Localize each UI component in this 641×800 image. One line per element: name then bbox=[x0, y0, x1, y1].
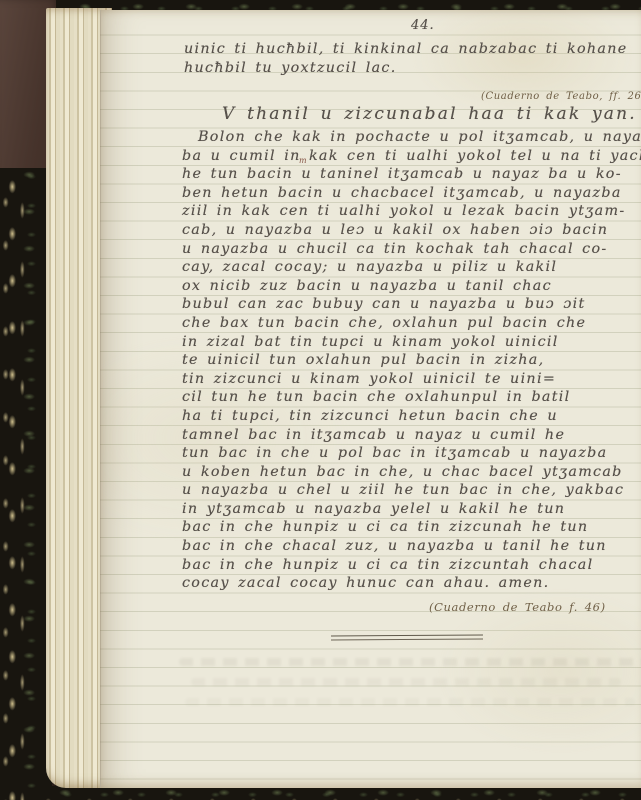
marbled-endpaper-bottom bbox=[36, 786, 641, 800]
body-line: ox nicib zuz bacin u nayazba u tanil cha… bbox=[182, 277, 641, 296]
body-line: bac in che hunpiz u ci ca tin zizcuntah … bbox=[182, 556, 641, 575]
body-line: ba u cumil in kak cen ti ualhi yokol tel… bbox=[182, 147, 641, 166]
body-line: cay, zacal cocay; u nayazba u piliz u ka… bbox=[182, 258, 641, 277]
citation-top: (Cuaderno de Teabo, ff. 26-28.) bbox=[381, 91, 641, 102]
page-number: 44. bbox=[411, 18, 435, 33]
body-line: te uinicil tun oxlahun pul bacin in zizh… bbox=[182, 351, 641, 370]
body-line: u nayazba u chucil ca tin kochak tah cha… bbox=[182, 240, 641, 259]
carryover-line: hucħbil tu yoxtzucil lac. bbox=[184, 59, 627, 78]
body-line: u koben hetun bac in che, u chac bacel y… bbox=[182, 463, 641, 482]
body-line: che bax tun bacin che, oxlahun pul bacin… bbox=[182, 314, 641, 333]
incantation-body: Bolon che kak in pochacte u pol itʒamcab… bbox=[182, 128, 641, 593]
body-line: u nayazba u chel u ziil he tun bac in ch… bbox=[182, 481, 641, 500]
marbled-endpaper-left bbox=[0, 168, 52, 800]
body-line: cab, u nayazba u leɔ u kakil ox haben ɔi… bbox=[182, 221, 641, 240]
body-line: cil tun he tun bacin che oxlahunpul in b… bbox=[182, 388, 641, 407]
book-photo: 44. uinic ti hucħbil, ti kinkinal ca nab… bbox=[0, 0, 641, 800]
body-line: ziil in kak cen ti ualhi yokol u lezak b… bbox=[182, 202, 641, 221]
body-line: tamnel bac in itʒamcab u nayaz u cumil h… bbox=[182, 426, 641, 445]
body-line: bac in che hunpiz u ci ca tin zizcunah h… bbox=[182, 518, 641, 537]
citation-bottom: (Cuaderno de Teabo f. 46) bbox=[429, 600, 606, 614]
body-line: Bolon che kak in pochacte u pol itʒamcab… bbox=[182, 128, 641, 147]
body-line: tun bac in che u pol bac in itʒamcab u n… bbox=[182, 444, 641, 463]
ink-bleedthrough bbox=[185, 698, 635, 706]
body-line: ben hetun bacin u chacbacel itʒamcab, u … bbox=[182, 184, 641, 203]
body-line: cocay zacal cocay hunuc can ahau. amen. bbox=[182, 574, 641, 593]
body-line: he tun bacin u taninel itʒamcab u nayaz … bbox=[182, 165, 641, 184]
carryover-line: uinic ti hucħbil, ti kinkinal ca nabzaba… bbox=[184, 40, 627, 59]
body-line: tin zizcunci u kinam yokol uinicil te ui… bbox=[182, 370, 641, 389]
end-divider-rule bbox=[331, 634, 483, 640]
ink-bleedthrough bbox=[191, 678, 621, 686]
ink-bleedthrough bbox=[179, 658, 641, 666]
carryover-text: uinic ti hucħbil, ti kinkinal ca nabzaba… bbox=[184, 40, 627, 79]
body-line: bac in che chacal zuz, u nayazba u tanil… bbox=[182, 537, 641, 556]
section-heading: V thanil u zizcunabal haa ti kak yan. bbox=[222, 104, 637, 124]
body-line: in ytʒamcab u nayazba yelel u kakil he t… bbox=[182, 500, 641, 519]
body-line: bubul can zac bubuy can u nayazba u buɔ … bbox=[182, 295, 641, 314]
notebook-page: 44. uinic ti hucħbil, ti kinkinal ca nab… bbox=[100, 10, 641, 788]
body-line: in zizal bat tin tupci u kinam yokol uin… bbox=[182, 333, 641, 352]
body-line: ha ti tupci, tin zizcunci hetun bacin ch… bbox=[182, 407, 641, 426]
